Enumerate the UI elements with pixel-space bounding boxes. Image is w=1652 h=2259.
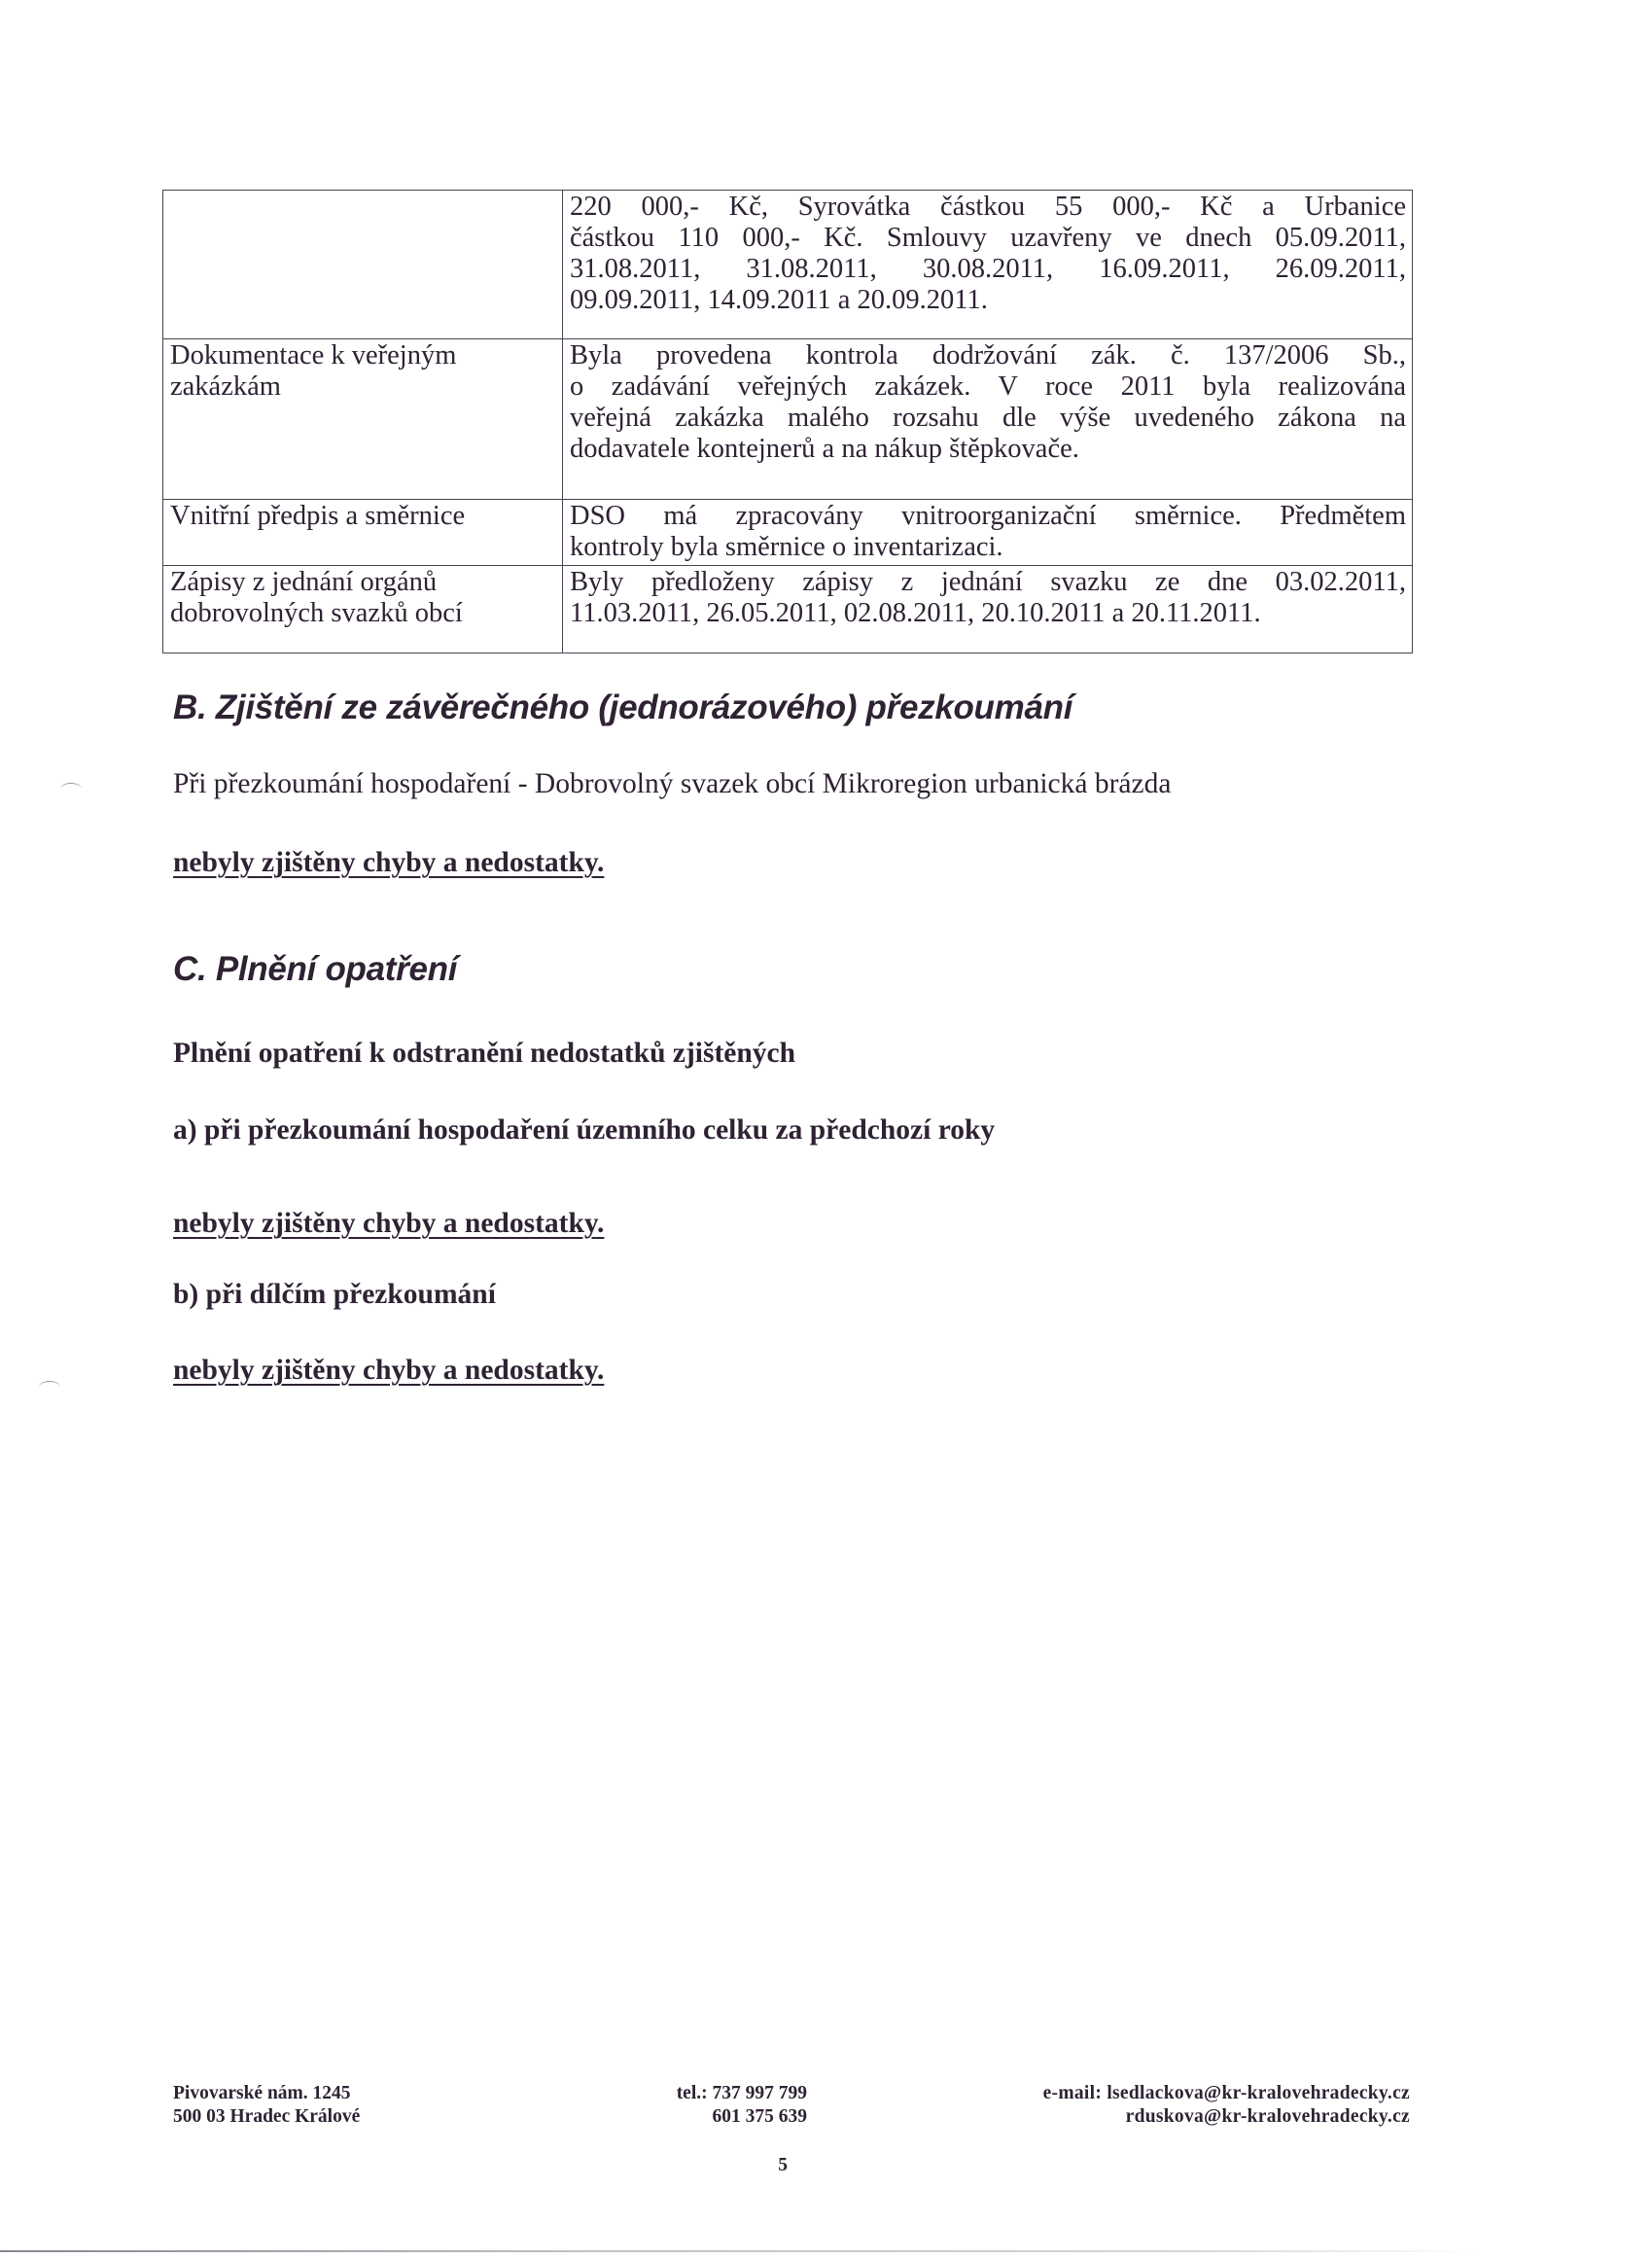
scan-artifact xyxy=(60,783,82,795)
row-label-line: dobrovolných svazků obcí xyxy=(170,598,556,629)
row-value-line: DSO má zpracovány vnitroorganizační směr… xyxy=(570,501,1406,532)
scan-edge-line xyxy=(0,2250,1478,2252)
section-b-result: nebyly zjištěny chyby a nedostatky. xyxy=(173,847,604,879)
section-c-item-a: a) při přezkoumání hospodaření územního … xyxy=(173,1114,995,1147)
table-row: Vnitřní předpis a směrniceDSO má zpracov… xyxy=(163,500,1413,566)
section-c-subheading: Plnění opatření k odstranění nedostatků … xyxy=(173,1038,795,1070)
document-page: 220 000,- Kč, Syrovátka částkou 55 000,-… xyxy=(0,0,1652,2259)
row-value-cell: Byla provedena kontrola dodržování zák. … xyxy=(563,339,1413,500)
row-value-line: 09.09.2011, 14.09.2011 a 20.09.2011. xyxy=(570,285,1406,316)
footer-phone: tel.: 737 997 799 601 375 639 xyxy=(651,2082,807,2129)
section-b-intro: Při přezkoumání hospodaření - Dobrovolný… xyxy=(173,768,1171,800)
footer-email-line1: e-mail: lsedlackova@kr-kralovehradecky.c… xyxy=(972,2082,1410,2105)
section-c-heading: C. Plnění opatření xyxy=(173,950,457,989)
scan-artifact xyxy=(39,1381,60,1394)
row-label-cell xyxy=(163,191,563,339)
section-c-item-b-result: nebyly zjištěny chyby a nedostatky. xyxy=(173,1355,604,1387)
row-value-line: Byla provedena kontrola dodržování zák. … xyxy=(570,340,1406,371)
row-label-cell: Dokumentace k veřejnýmzakázkám xyxy=(163,339,563,500)
row-value-line: veřejná zakázka malého rozsahu dle výše … xyxy=(570,403,1406,434)
row-value-cell: Byly předloženy zápisy z jednání svazku … xyxy=(563,566,1413,653)
row-value-line: o zadávání veřejných zakázek. V roce 201… xyxy=(570,371,1406,403)
row-label-cell: Vnitřní předpis a směrnice xyxy=(163,500,563,566)
row-value-line: částkou 110 000,- Kč. Smlouvy uzavřeny v… xyxy=(570,223,1406,254)
table-row: Dokumentace k veřejnýmzakázkámByla prove… xyxy=(163,339,1413,500)
footer-address-line2: 500 03 Hradec Králové xyxy=(173,2105,360,2129)
footer-address-line1: Pivovarské nám. 1245 xyxy=(173,2082,360,2105)
review-table: 220 000,- Kč, Syrovátka částkou 55 000,-… xyxy=(162,190,1413,653)
section-c-item-b: b) při dílčím přezkoumání xyxy=(173,1279,496,1311)
footer-email: e-mail: lsedlackova@kr-kralovehradecky.c… xyxy=(972,2082,1410,2129)
row-label-cell: Zápisy z jednání orgánůdobrovolných svaz… xyxy=(163,566,563,653)
row-value-line: Byly předloženy zápisy z jednání svazku … xyxy=(570,567,1406,598)
row-value-line: 11.03.2011, 26.05.2011, 02.08.2011, 20.1… xyxy=(570,598,1406,629)
row-label-line: zakázkám xyxy=(170,371,556,403)
footer-phone-line1: tel.: 737 997 799 xyxy=(651,2082,807,2105)
table-row: Zápisy z jednání orgánůdobrovolných svaz… xyxy=(163,566,1413,653)
row-value-cell: DSO má zpracovány vnitroorganizační směr… xyxy=(563,500,1413,566)
footer-email-line2: rduskova@kr-kralovehradecky.cz xyxy=(972,2105,1410,2129)
row-label-line: Dokumentace k veřejným xyxy=(170,340,556,371)
footer-address: Pivovarské nám. 1245 500 03 Hradec Králo… xyxy=(173,2082,360,2129)
row-value-line: dodavatele kontejnerů a na nákup štěpkov… xyxy=(570,434,1406,465)
table-row: 220 000,- Kč, Syrovátka částkou 55 000,-… xyxy=(163,191,1413,339)
row-label-line: Vnitřní předpis a směrnice xyxy=(170,501,556,532)
footer-phone-line2: 601 375 639 xyxy=(651,2105,807,2129)
row-value-cell: 220 000,- Kč, Syrovátka částkou 55 000,-… xyxy=(563,191,1413,339)
row-label-line: Zápisy z jednání orgánů xyxy=(170,567,556,598)
section-b-heading: B. Zjištění ze závěrečného (jednorázovéh… xyxy=(173,688,1072,727)
row-value-line: 220 000,- Kč, Syrovátka částkou 55 000,-… xyxy=(570,192,1406,223)
row-value-line: 31.08.2011, 31.08.2011, 30.08.2011, 16.0… xyxy=(570,254,1406,285)
row-value-line: kontroly byla směrnice o inventarizaci. xyxy=(570,532,1406,563)
page-number: 5 xyxy=(622,2155,788,2176)
section-c-item-a-result: nebyly zjištěny chyby a nedostatky. xyxy=(173,1208,604,1240)
